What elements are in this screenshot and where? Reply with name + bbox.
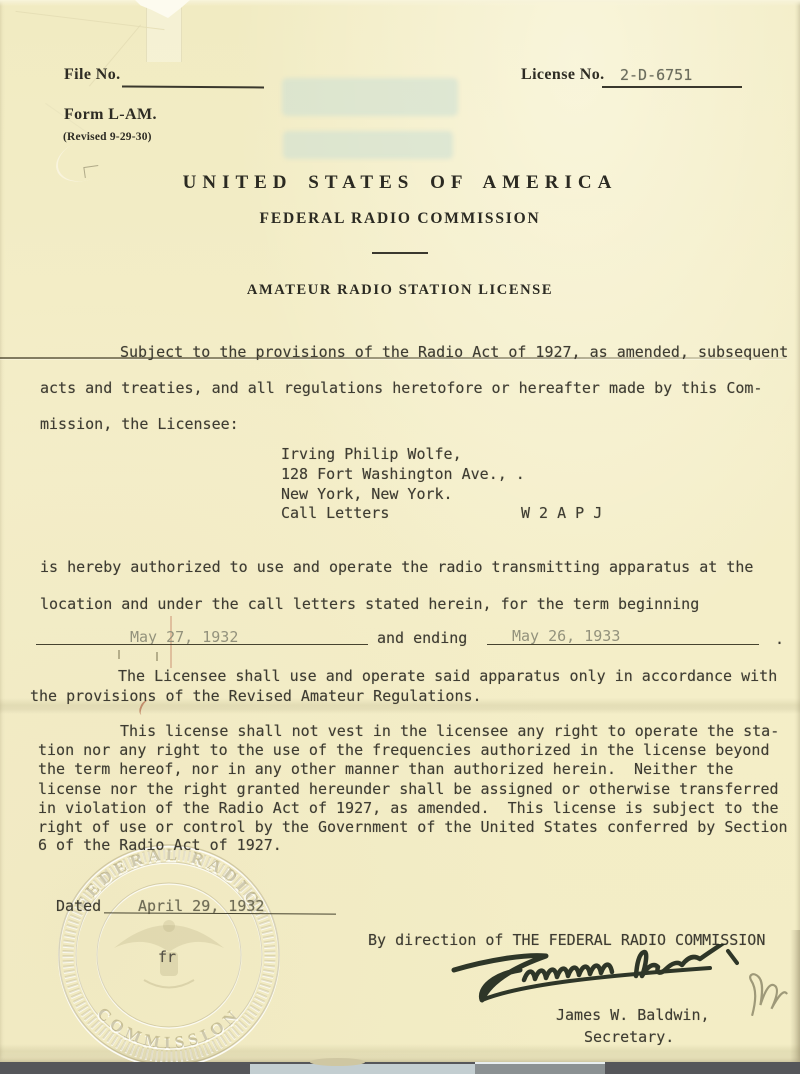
body-line: 6 of the Radio Act of 1927.: [38, 836, 282, 854]
body-line: tion nor any right to the use of the fre…: [38, 741, 770, 759]
scan-strip-segment: [310, 1058, 365, 1066]
file-no-label: File No.: [64, 66, 121, 84]
body-line: Subject to the provisions of the Radio A…: [120, 343, 788, 361]
dated-label: Dated: [56, 897, 101, 915]
scan-strip-segment: [475, 1062, 605, 1074]
license-no-line: [602, 86, 742, 88]
body-line: is hereby authorized to use and operate …: [40, 558, 753, 576]
scanned-license-document: FEDERAL RADIO FEDERAL RADIO COMMISSION C…: [0, 0, 800, 1074]
corner-crease: [15, 11, 164, 30]
typist-initials: fr: [158, 948, 176, 966]
body-line: acts and treaties, and all regulations h…: [40, 379, 762, 397]
signer-title: Secretary.: [584, 1028, 674, 1046]
licensee-address-line2: New York, New York.: [281, 485, 453, 503]
call-letters-label: Call Letters: [281, 504, 389, 522]
license-no-value: 2-D-6751: [620, 66, 692, 84]
term-conjunction: and ending: [377, 629, 467, 647]
term-end-date: May 26, 1933: [512, 627, 620, 645]
embossed-seal: FEDERAL RADIO FEDERAL RADIO COMMISSION C…: [44, 830, 294, 1062]
pen-tick: [156, 652, 158, 661]
license-no-label: License No.: [521, 66, 605, 84]
licensee-address-line1: 128 Fort Washington Ave., .: [281, 465, 525, 483]
title-agency: FEDERAL RADIO COMMISSION: [0, 210, 800, 228]
term-begin-line: [36, 644, 368, 645]
body-line: The Licensee shall use and operate said …: [118, 667, 777, 685]
paper-sheet: FEDERAL RADIO FEDERAL RADIO COMMISSION C…: [0, 0, 800, 1062]
body-line: the provisions of the Revised Amateur Re…: [30, 687, 482, 705]
title-divider-rule: [372, 252, 428, 254]
pen-tick: [118, 650, 120, 659]
body-line: the term hereof, nor in any other manner…: [38, 760, 733, 778]
call-letters-value: W 2 A P J: [521, 504, 602, 522]
term-period: .: [775, 630, 784, 648]
body-line: This license shall not vest in the licen…: [120, 722, 779, 740]
body-line: right of use or control by the Governmen…: [38, 818, 788, 836]
body-line: mission, the Licensee:: [40, 415, 239, 433]
body-line: license nor the right granted hereunder …: [38, 780, 779, 798]
pencil-annotation: [733, 961, 795, 1025]
tape-stain: [282, 78, 458, 116]
title-country: UNITED STATES OF AMERICA: [0, 172, 800, 194]
signer-name: James W. Baldwin,: [556, 1006, 710, 1024]
title-document-type: AMATEUR RADIO STATION LICENSE: [0, 282, 800, 299]
body-line: in violation of the Radio Act of 1927, a…: [38, 799, 779, 817]
form-number: Form L-AM.: [64, 106, 157, 124]
scan-strip-segment: [250, 1064, 475, 1074]
signature-stamp: [440, 944, 760, 1014]
right-edge-shadow: [790, 930, 800, 1062]
torn-top-edge: [0, 0, 800, 6]
term-end-line: [487, 644, 759, 645]
licensee-name: Irving Philip Wolfe,: [281, 445, 462, 463]
form-revision: (Revised 9-29-30): [63, 131, 152, 143]
tape-stain: [283, 131, 453, 159]
file-no-blank-line: [122, 86, 264, 89]
body-line: location and under the call letters stat…: [40, 595, 699, 613]
